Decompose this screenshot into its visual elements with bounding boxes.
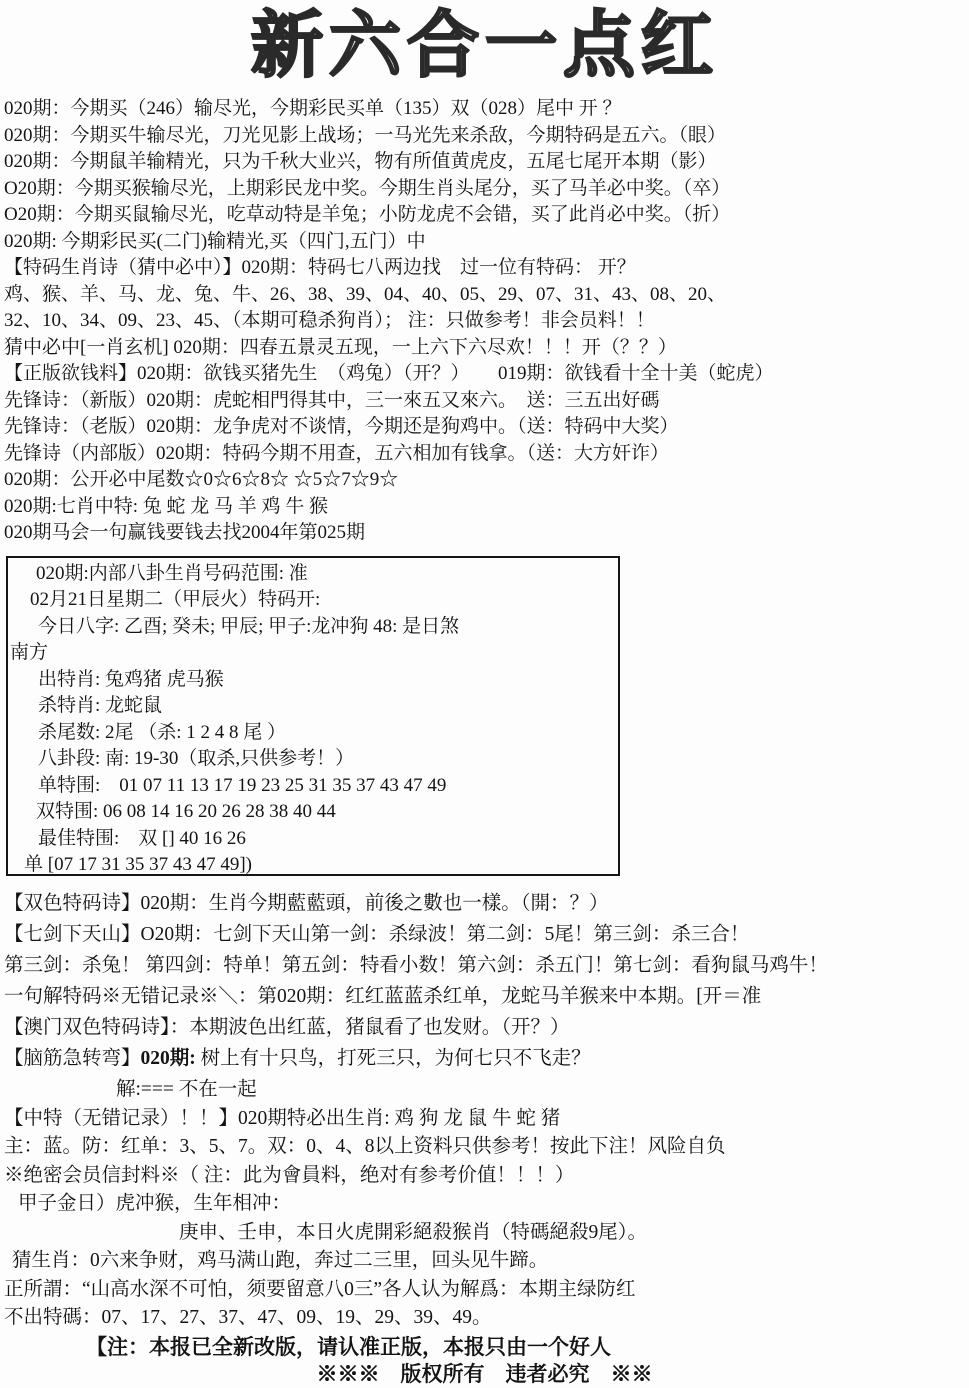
bottom-line-2: ※绝密会员信封料※（ 注：此为會員料，绝对有参考价值！！！） (4, 1162, 969, 1191)
bottom-line-3: 甲子金日）虎冲猴，生年相冲： (4, 1190, 969, 1219)
box-line-2: 今日八字: 乙酉; 癸未; 甲辰; 甲子:龙冲狗 48: 是日煞 (8, 614, 618, 641)
footer-copyright: ※※※ 版权所有 违者必究 ※※ (0, 1361, 969, 1388)
top-line-2: 020期：今期鼠羊输精光，只为千秋大业兴，物有所值黄虎皮，五尾七尾开本期（影） (4, 149, 969, 176)
top-line-13: 先锋诗（内部版）020期：特码今期不用查，五六相加有钱拿。（送：大方奸诈） (4, 441, 969, 468)
box-line-3: 南方 (8, 640, 618, 667)
box-line-0: 020期:内部八卦生肖号码范围: 准 (8, 561, 618, 588)
top-line-14: 020期：公开必中尾数☆0☆6☆8☆ ☆5☆7☆9☆ (4, 467, 969, 494)
bottom-line-6: 正所謂：“山高水深不可怕，须要留意八0三”各人认为解爲：本期主绿防红 (4, 1276, 969, 1305)
middle-tips-section: 【双色特码诗】020期：生肖今期藍藍頭，前後之數也一樣。（開：？） 【七剑下天山… (0, 888, 969, 1105)
top-line-4: O20期：今期买鼠输尽光，吃草动特是羊兔；小防龙虎不会错，买了此肖必中奖。（折） (4, 202, 969, 229)
box-line-11: 单 [07 17 31 35 37 43 47 49]) (8, 852, 618, 876)
mid-line-4: 【澳门双色特码诗】：本期波色出红蓝，猪鼠看了也发财。（开？） (4, 1012, 969, 1043)
top-line-10: 【正版欲钱料】020期：欲钱买猪先生 （鸡兔）（开？） 019期：欲钱看十全十美… (4, 361, 969, 388)
box-line-5: 杀特肖: 龙蛇鼠 (8, 693, 618, 720)
top-line-5: 020期: 今期彩民买(二门)输精光,买（四门,五门）中 (4, 229, 969, 256)
top-line-11: 先锋诗：（新版）020期：虎蛇相門得其中，三一來五又來六。 送：三五出好碼 (4, 388, 969, 415)
brainteaser-question: 树上有十只鸟，打死三只，为何七只不飞走？ (196, 1048, 591, 1069)
page-title: 新六合一点红 (250, 6, 718, 86)
top-line-12: 先锋诗：（老版）020期：龙争虎对不谈情，今期还是狗鸡中。（送：特码中大奖） (4, 414, 969, 441)
top-line-16: 020期马会一句赢钱要钱去找2004年第025期 (4, 520, 969, 547)
mid-line-2: 第三剑：杀兔！ 第四剑：特单！第五剑：特看小数！第六剑：杀五门！第七剑：看狗鼠马… (4, 950, 969, 981)
footer-note: 【注：本报已全新改版，请认准正版，本报只由一个好人 (0, 1333, 969, 1361)
top-line-6: 【特码生肖诗（猜中必中）】020期：特码七八两边找 过一位有特码： 开？ (4, 255, 969, 282)
top-line-3: O20期：今期买猴输尽光，上期彩民龙中奖。今期生肖头尾分，买了马羊必中奖。（卒） (4, 176, 969, 203)
bottom-line-0: 【中特（无错记录）！！】020期特必出生肖: 鸡 狗 龙 鼠 牛 蛇 猪 (4, 1105, 969, 1134)
bottom-line-5: 猜生肖：0六来争财，鸡马满山跑，奔过二三里，回头见牛蹄。 (4, 1247, 969, 1276)
bottom-line-4: 庚申、壬申，本日火虎開彩絕殺猴肖（特碼絕殺9尾）。 (4, 1219, 969, 1248)
brainteaser-line: 【脑筋急转弯】020期: 树上有十只鸟，打死三只，为何七只不飞走？ (4, 1043, 969, 1074)
box-line-1: 02月21日星期二（甲辰火）特码开: (8, 587, 618, 614)
top-line-8: 32、10、34、09、23、45、（本期可稳杀狗肖）； 注：只做参考！非会员料… (4, 308, 969, 335)
box-line-8: 单特围: 01 07 11 13 17 19 23 25 31 35 37 43… (8, 773, 618, 800)
top-line-1: 020期：今期买牛输尽光，刀光见影上战场；一马光先来杀敌，今期特码是五六。（眼） (4, 123, 969, 150)
bottom-line-1: 主：蓝。防：红单：3、5、7。双：0、4、8以上资料只供参考！按此下注！风险自负 (4, 1133, 969, 1162)
box-line-4: 出特肖: 兔鸡猪 虎马猴 (8, 667, 618, 694)
top-tips-section: 020期：今期买（246）输尽光，今期彩民买单（135）双（028）尾中 开 ？… (0, 96, 969, 547)
top-line-7: 鸡、猴、羊、马、龙、兔、牛、26、38、39、04、40、05、29、07、31… (4, 282, 969, 309)
brainteaser-label: 【脑筋急转弯】 (4, 1048, 141, 1069)
bottom-line-7: 不出特碼：07、17、27、37、47、09、19、29、39、49。 (4, 1304, 969, 1333)
masthead: 新六合一点红 (0, 0, 969, 96)
mid-line-1: 【七剑下天山】O20期：七剑下天山第一剑：杀绿波！第二剑：5尾！第三剑：杀三合！ (4, 919, 969, 950)
bottom-tips-section: 【中特（无错记录）！！】020期特必出生肖: 鸡 狗 龙 鼠 牛 蛇 猪 主：蓝… (0, 1105, 969, 1333)
top-line-0: 020期：今期买（246）输尽光，今期彩民买单（135）双（028）尾中 开 ？ (4, 96, 969, 123)
masthead-title-art: 新六合一点红 (95, 4, 875, 92)
box-line-7: 八卦段: 南: 19-30（取杀,只供参考！） (8, 746, 618, 773)
tip-sheet-page: 新六合一点红 020期：今期买（246）输尽光，今期彩民买单（135）双（028… (0, 0, 969, 1388)
brainteaser-answer: 解:=== 不在一起 (4, 1074, 969, 1105)
bagua-info-box: 020期:内部八卦生肖号码范围: 准 02月21日星期二（甲辰火）特码开: 今日… (6, 556, 620, 876)
mid-line-0: 【双色特码诗】020期：生肖今期藍藍頭，前後之數也一樣。（開：？） (4, 888, 969, 919)
box-line-9: 双特围: 06 08 14 16 20 26 28 38 40 44 (8, 799, 618, 826)
box-line-10: 最佳特围: 双 [] 40 16 26 (8, 826, 618, 853)
box-line-6: 杀尾数: 2尾 （杀: 1 2 4 8 尾 ） (8, 720, 618, 747)
top-line-9: 猜中必中[一肖玄机] 020期：四春五景灵五现，一上六下六尽欢！！！开（？？） (4, 335, 969, 362)
top-line-15: 020期:七肖中特: 兔 蛇 龙 马 羊 鸡 牛 猴 (4, 494, 969, 521)
mid-line-3: 一句解特码※无错记录※＼：第020期：红红蓝蓝杀红单，龙蛇马羊猴来中本期。[开＝… (4, 981, 969, 1012)
brainteaser-issue: 020期: (141, 1048, 196, 1069)
